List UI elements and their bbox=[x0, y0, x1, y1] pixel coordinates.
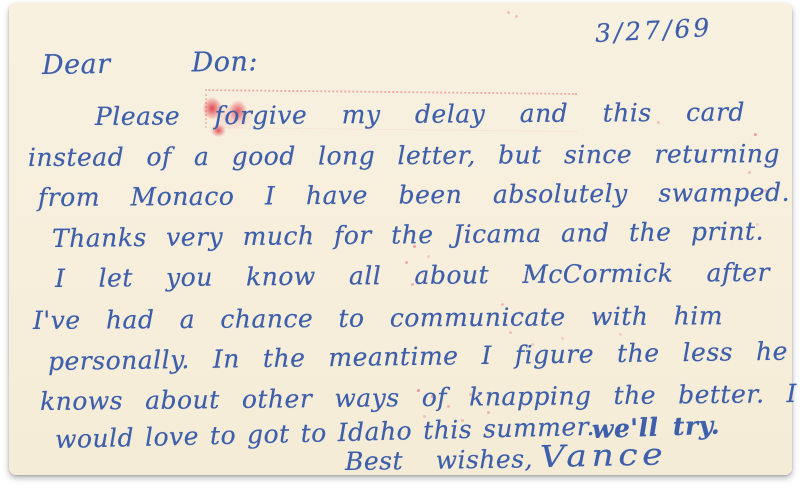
handwritten-line: from Monaco I have been absolutely swamp… bbox=[38, 178, 790, 212]
handwritten-line: Thanks very much for the Jicama and the … bbox=[52, 217, 764, 253]
handwritten-line: Please forgive my delay and this card bbox=[95, 97, 745, 131]
letter-date: 3/27/69 bbox=[594, 13, 711, 48]
postcard: 3/27/69 Dear Don: Please forgive my dela… bbox=[9, 3, 792, 475]
handwritten-line: instead of a good long letter, but since… bbox=[28, 139, 780, 172]
handwritten-line: knows about other ways of knapping the b… bbox=[40, 379, 797, 416]
handwritten-line: I let you know all about McCormick after bbox=[55, 258, 770, 293]
letter-closing: Best wishes, bbox=[345, 444, 533, 476]
handwritten-line: I've had a chance to communicate with hi… bbox=[33, 301, 723, 335]
red-ink-speckles bbox=[507, 11, 510, 14]
letter-salutation: Dear Don: bbox=[42, 46, 259, 81]
handwritten-line: personally. In the meantime I figure the… bbox=[48, 337, 788, 376]
red-ink-speckles bbox=[754, 133, 757, 136]
letter-signature: Vance bbox=[540, 435, 771, 475]
